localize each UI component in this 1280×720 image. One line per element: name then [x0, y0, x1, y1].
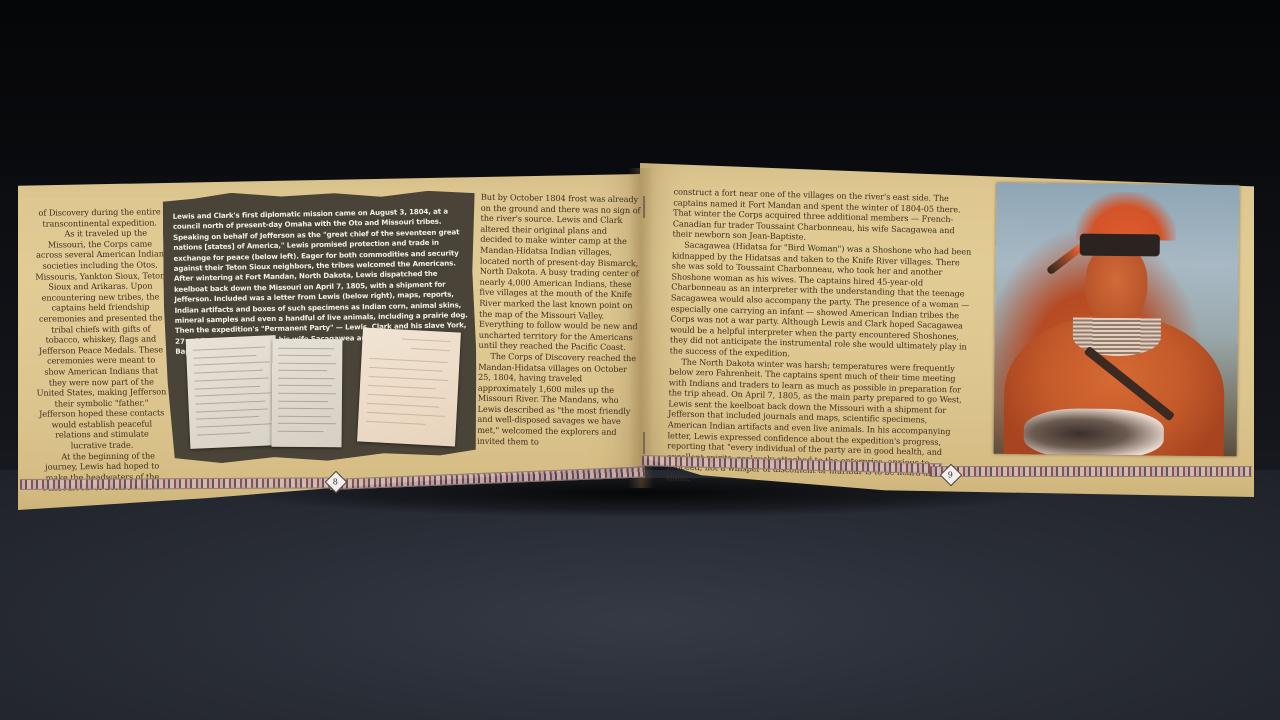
decorative-border-left	[20, 477, 340, 490]
page-number: 8	[333, 478, 338, 487]
chief-portrait-image	[994, 183, 1240, 457]
journal-page-image-left	[186, 335, 281, 449]
portrait-headband	[1080, 234, 1160, 257]
dark-backdrop	[0, 0, 1280, 175]
staple-top	[643, 196, 645, 218]
paragraph: of Discovery during the entire transcont…	[35, 206, 165, 229]
left-page-column-2: But by October 1804 frost was already on…	[477, 192, 641, 449]
paragraph: Sacagawea (Hidatsa for "Bird Woman") was…	[670, 239, 973, 363]
lewis-letter-image	[357, 328, 461, 447]
journal-page-image-right	[272, 339, 343, 448]
right-page-column: construct a fort near one of the village…	[666, 186, 973, 490]
paragraph: As it traveled up the Missouri, the Corp…	[35, 228, 167, 452]
paragraph: The Corps of Discovery reached the Manda…	[477, 351, 638, 449]
left-page-column-1: of Discovery during the entire transcont…	[35, 206, 168, 493]
decorative-border-right	[930, 466, 1252, 477]
paragraph: construct a fort near one of the village…	[672, 186, 973, 246]
staple-bottom	[643, 432, 645, 454]
portrait-fur	[1024, 408, 1165, 456]
page-number: 9	[948, 471, 953, 480]
paragraph: But by October 1804 frost was already on…	[479, 192, 641, 353]
